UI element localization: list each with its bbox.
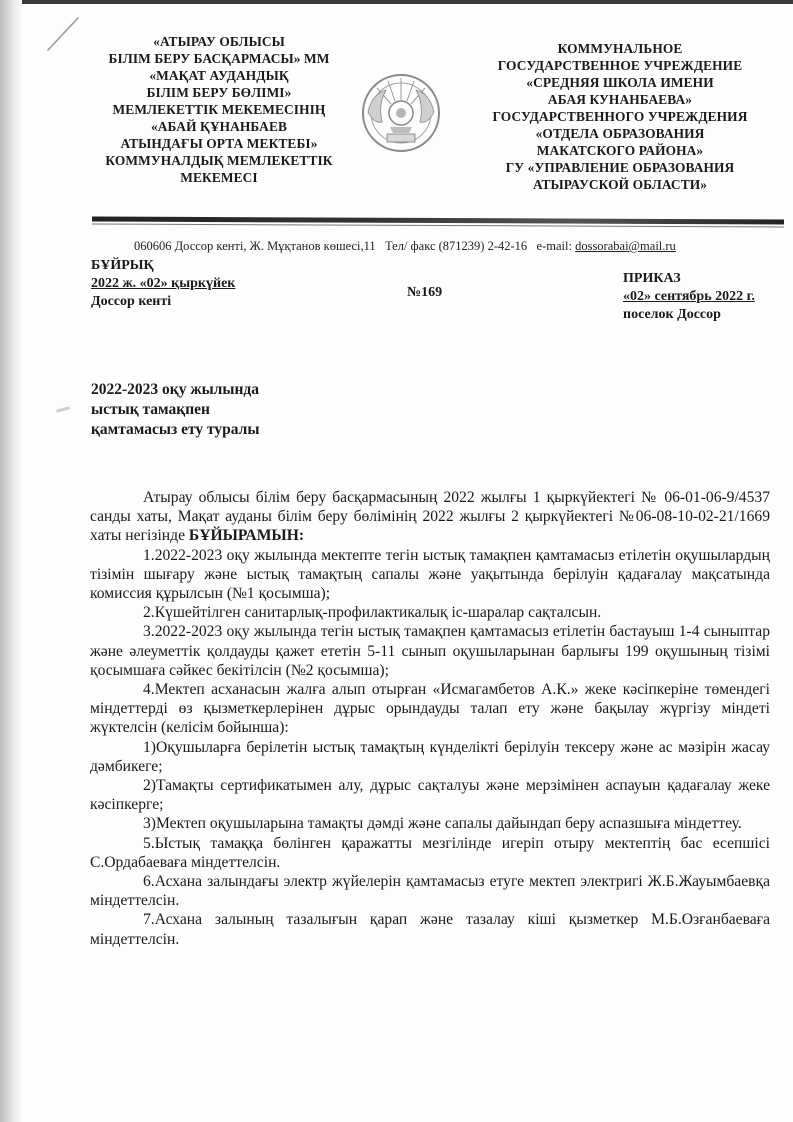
phone-text: Тел/ факс (871239) 2-42-16 (385, 239, 527, 253)
preamble-paragraph: Атырау облысы білім беру басқармасының 2… (90, 488, 770, 546)
header-left-line: «АТЫРАУ ОБЛЫСЫ (88, 33, 350, 50)
header-russian-institution: КОММУНАЛЬНОЕ ГОСУДАРСТВЕННОЕ УЧРЕЖДЕНИЕ … (475, 40, 765, 193)
order-place-russian: поселок Доссор (623, 306, 755, 324)
subject-line: 2022-2023 оқу жылында (91, 380, 259, 400)
order-block-russian: ПРИКАЗ «02» сентябрь 2022 г. поселок Дос… (623, 270, 755, 324)
header-kazakh-institution: «АТЫРАУ ОБЛЫСЫ БІЛІМ БЕРУ БАСҚАРМАСЫ» ММ… (88, 33, 350, 186)
address-text: 060606 Доссор кенті, Ж. Мұқтанов көшесі,… (134, 239, 376, 253)
order-body: Атырау облысы білім беру басқармасының 2… (90, 488, 770, 949)
header-right-line: «ОТДЕЛА ОБРАЗОВАНИЯ (475, 125, 765, 142)
order-place-kazakh: Доссор кенті (91, 293, 235, 311)
header-right-line: АТЫРАУСКОЙ ОБЛАСТИ» (475, 176, 765, 193)
subject-line: ыстық тамақпен (91, 400, 259, 420)
email-link[interactable]: dossorabai@mail.ru (575, 239, 676, 253)
margin-mark (56, 406, 70, 413)
order-title-kazakh: БҰЙРЫҚ (91, 257, 235, 275)
scan-left-edge (0, 0, 22, 1122)
order-item: 1.2022-2023 оқу жылында мектепте тегін ы… (90, 546, 770, 604)
order-number: №169 (407, 285, 442, 301)
header-right-line: МАКАТСКОГО РАЙОНА» (475, 142, 765, 159)
header-divider-thin (92, 223, 784, 227)
header-right-line: АБАЯ КУНАНБАЕВА» (475, 91, 765, 108)
header-right-line: «СРЕДНЯЯ ШКОЛА ИМЕНИ (475, 74, 765, 91)
order-item: 7.Асхана залының тазалығын қарап және та… (90, 910, 770, 948)
order-date-kazakh: 2022 ж. «02» қыркүйек (91, 275, 235, 293)
header-right-line: ГОСУДАРСТВЕННОЕ УЧРЕЖДЕНИЕ (475, 57, 765, 74)
order-item: 2.Күшейтілген санитарлық-профилактикалық… (90, 603, 770, 622)
order-item: 4.Мектеп асханасын жалға алып отырған «И… (90, 680, 770, 738)
order-subitem: 1)Оқушыларға берілетін ыстық тамақтың кү… (90, 738, 770, 776)
header-left-line: БІЛІМ БЕРУ БӨЛІМІ» (88, 84, 350, 101)
order-item: 3.2022-2023 оқу жылында тегін ыстық тама… (90, 622, 770, 680)
scan-top-edge (0, 0, 793, 4)
order-block-kazakh: БҰЙРЫҚ 2022 ж. «02» қыркүйек Доссор кент… (91, 257, 235, 311)
header-left-line: МЕКЕМЕСІ (88, 169, 350, 186)
header-right-line: ГОСУДАРСТВЕННОГО УЧРЕЖДЕНИЯ (475, 108, 765, 125)
email-label: e-mail: (537, 239, 572, 253)
subject-line: қамтамасыз ету туралы (91, 420, 259, 440)
header-left-line: МЕМЛЕКЕТТІК МЕКЕМЕСІНІҢ (88, 101, 350, 118)
order-subject: 2022-2023 оқу жылында ыстық тамақпен қам… (91, 380, 259, 440)
header-left-line: «АБАЙ ҚҰНАНБАЕВ (88, 118, 350, 135)
header-left-line: КОММУНАЛДЫҚ МЕМЛЕКЕТТІК (88, 152, 350, 169)
header-left-line: БІЛІМ БЕРУ БАСҚАРМАСЫ» ММ (88, 50, 350, 67)
order-word: БҰЙЫРАМЫН: (189, 527, 304, 544)
order-item: 5.Ыстық тамаққа бөлінген қаражатты мезгі… (90, 834, 770, 872)
header-right-line: КОММУНАЛЬНОЕ (475, 40, 765, 57)
order-subitem: 3)Мектеп оқушыларына тамақты дәмді және … (90, 814, 770, 833)
header-left-line: «МАҚАТ АУДАНДЫҚ (88, 67, 350, 84)
order-subitem: 2)Тамақты сертификатымен алу, дұрыс сақт… (90, 776, 770, 814)
order-item: 6.Асхана залындағы электр жүйелерін қамт… (90, 872, 770, 910)
contact-line: 060606 Доссор кенті, Ж. Мұқтанов көшесі,… (134, 239, 676, 254)
pen-stroke-mark-icon (44, 14, 84, 54)
kazakhstan-state-emblem-icon (360, 72, 442, 154)
order-date-russian: «02» сентябрь 2022 г. (623, 288, 755, 306)
header-right-line: ГУ «УПРАВЛЕНИЕ ОБРАЗОВАНИЯ (475, 159, 765, 176)
header-left-line: АТЫНДАҒЫ ОРТА МЕКТЕБІ» (88, 135, 350, 152)
order-title-russian: ПРИКАЗ (623, 270, 755, 288)
